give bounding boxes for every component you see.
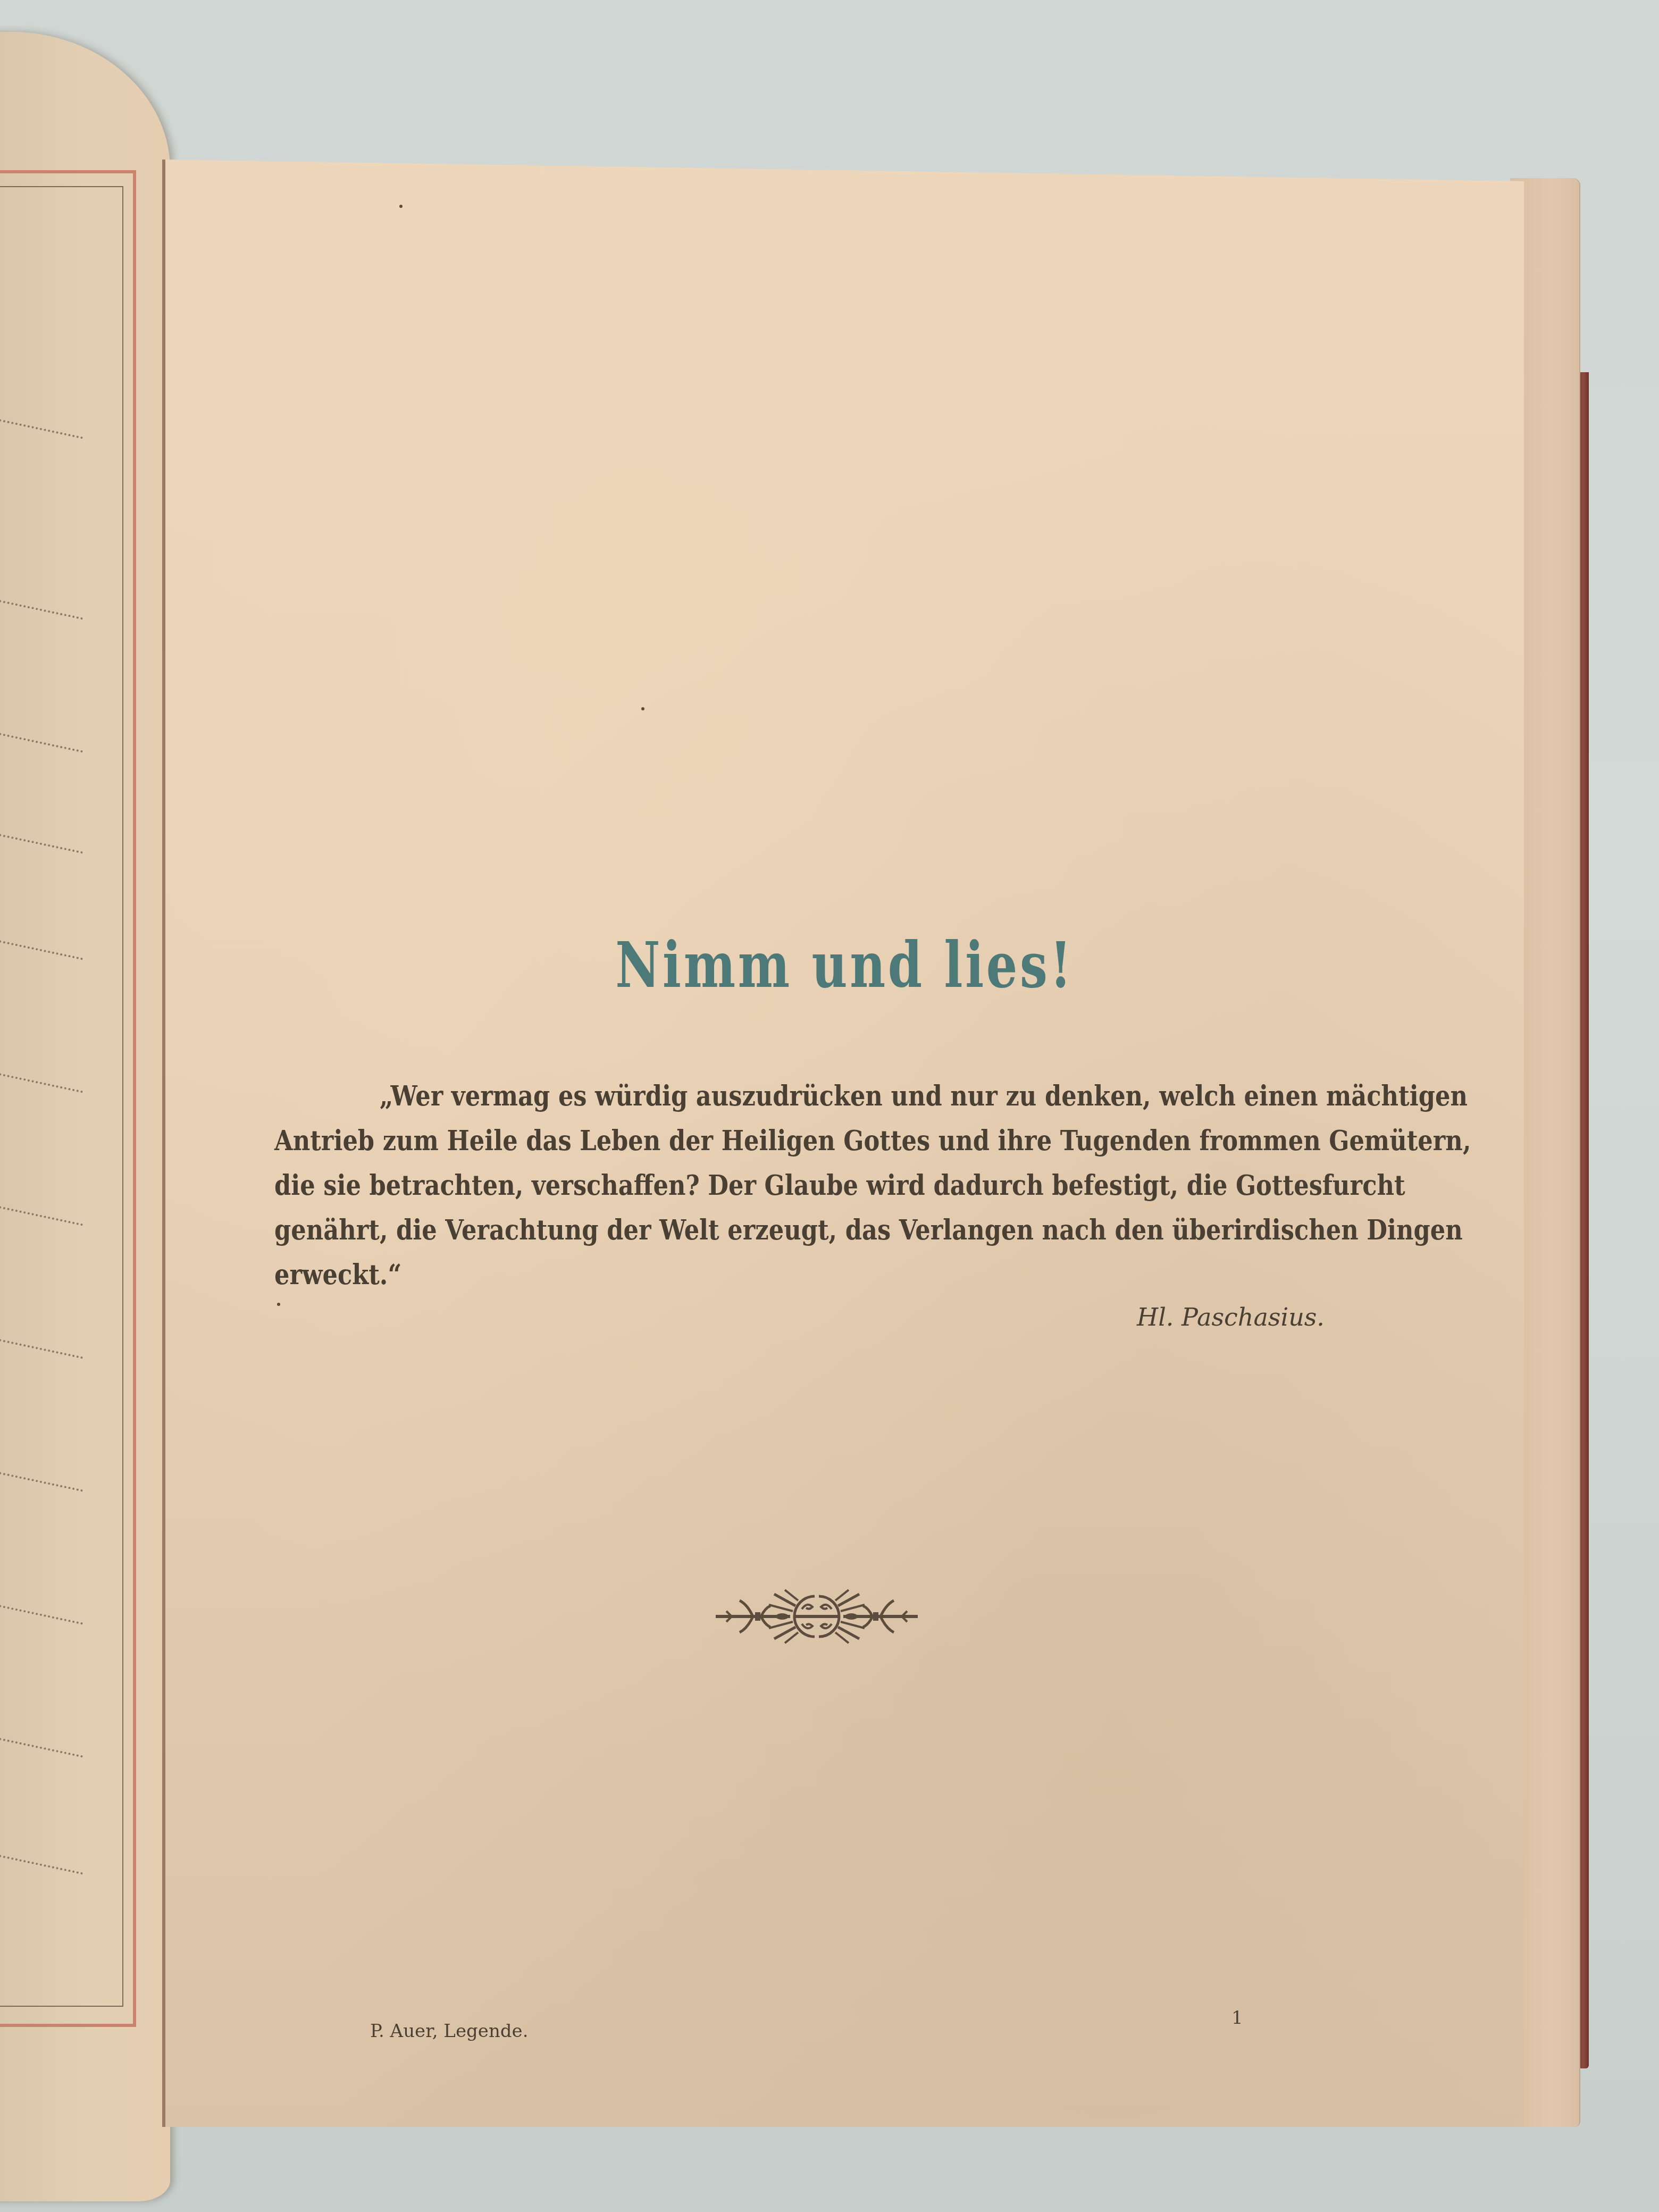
quote-attribution: Hl. Paschasius.	[1069, 1303, 1325, 1331]
left-facing-page	[0, 32, 170, 2201]
floral-ornament-icon	[710, 1585, 923, 1648]
quote-line: „Wer vermag es würdig auszudrücken und n…	[274, 1074, 1346, 1119]
quote-line: Antrieb zum Heile das Leben der Heiligen…	[274, 1119, 1346, 1163]
quote-block: „Wer vermag es würdig auszudrücken und n…	[274, 1074, 1348, 1297]
quote-line: erweckt.“	[274, 1253, 1346, 1297]
left-page-inner-frame	[0, 186, 123, 2007]
paper-speck	[399, 205, 403, 208]
quote-line: genährt, die Verachtung der Welt erzeugt…	[274, 1208, 1346, 1253]
paper-speck	[641, 707, 644, 710]
paper-speck	[277, 1303, 280, 1306]
quote-line: die sie betrachten, verschaffen? Der Gla…	[274, 1163, 1346, 1208]
signature-mark: P. Auer, Legende.	[370, 2021, 528, 2042]
main-page: Nimm und lies! „Wer vermag es würdig aus…	[162, 160, 1524, 2127]
sheet-number: 1	[1231, 2007, 1243, 2029]
page-title: Nimm und lies!	[315, 928, 1375, 1002]
